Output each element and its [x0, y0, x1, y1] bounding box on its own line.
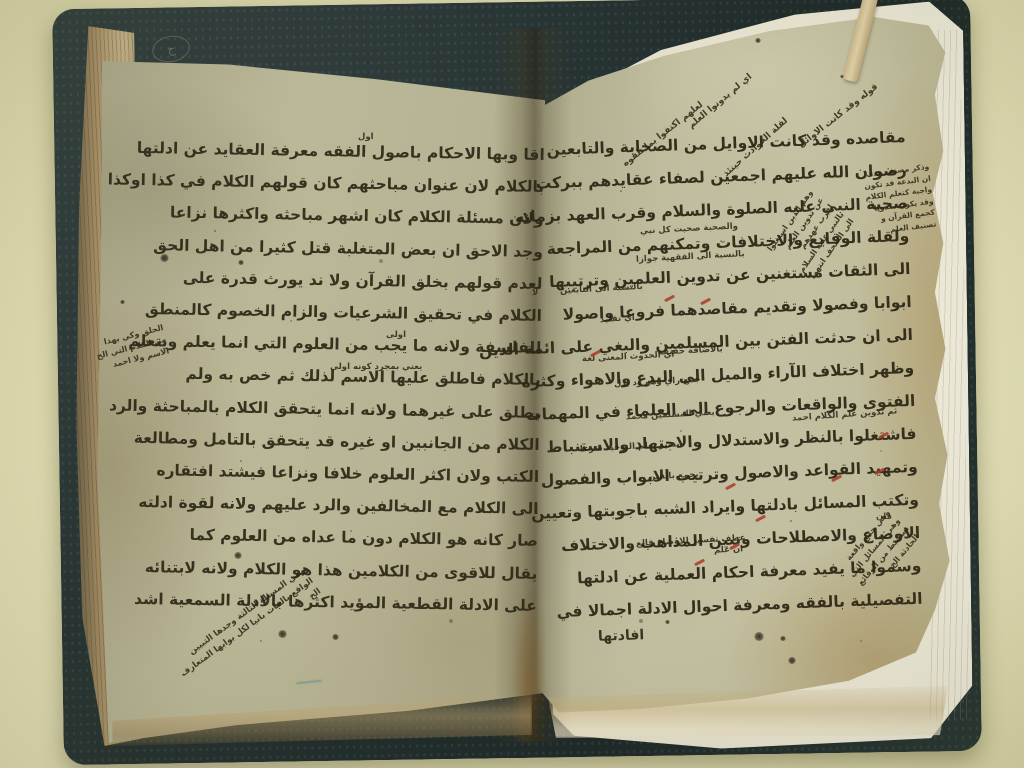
- manuscript-photo: ج اقا وبها الاحكام باصول الفقه معرفة الع…: [0, 0, 1024, 768]
- left-page-text-block: اقا وبها الاحكام باصول الفقه معرفة العقا…: [160, 132, 545, 622]
- text-line: على الادلة القطعية المؤيد اكثرها بالادلة…: [160, 583, 538, 622]
- catchword: افادتها: [598, 627, 645, 645]
- right-margin-note: وذكر مصنف هدىان البدعة قد تكونواجبة كتعل…: [841, 161, 937, 240]
